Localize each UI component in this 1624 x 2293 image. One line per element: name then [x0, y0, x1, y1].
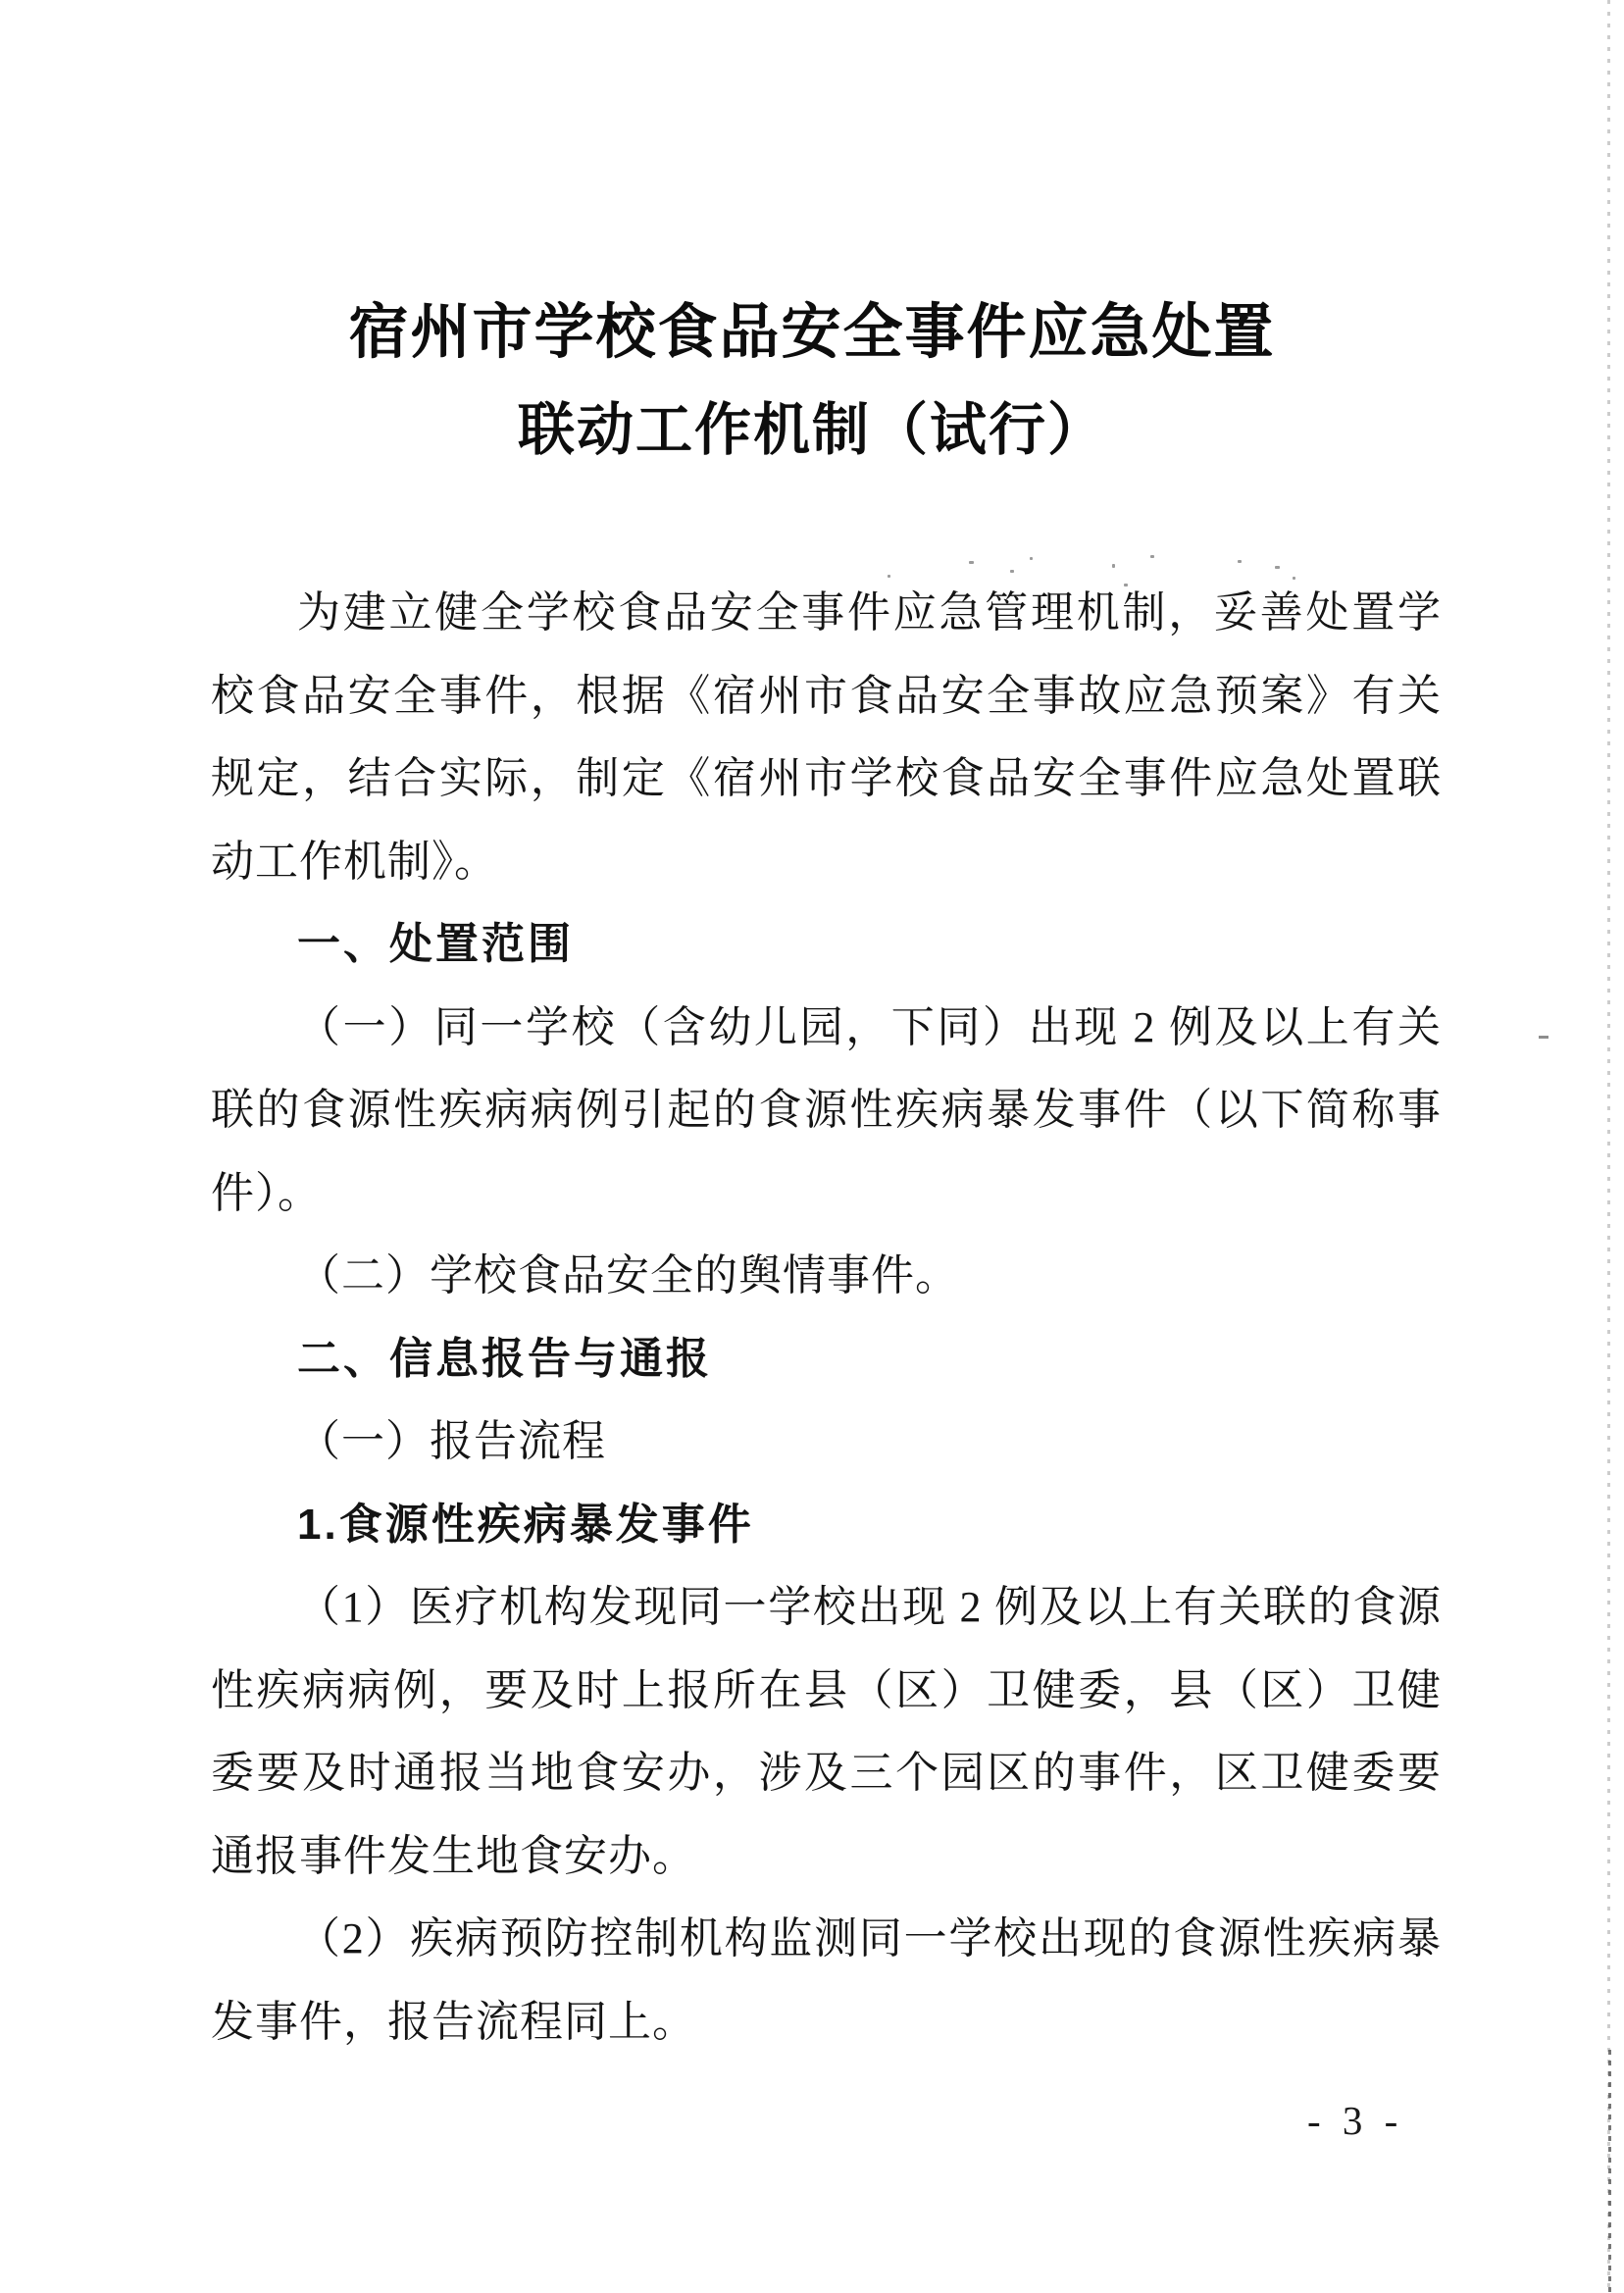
- scan-speck: [1124, 584, 1128, 586]
- scan-speck: [1275, 566, 1280, 569]
- scan-speck: [969, 561, 974, 564]
- scan-speck: [1010, 570, 1014, 573]
- paragraph-report-step-2: （2）疾病预防控制机构监测同一学校出现的食源性疾病暴发事件，报告流程同上。: [211, 1898, 1442, 2064]
- document-page: 宿州市学校食品安全事件应急处置 联动工作机制（试行） 为建立健全学校食品安全事件…: [0, 0, 1624, 2293]
- paragraph-scope-item-2: （二）学校食品安全的舆情事件。: [211, 1235, 1442, 1318]
- scan-speck: [1112, 564, 1115, 568]
- doc-body: 为建立健全学校食品安全事件应急管理机制，妥善处置学校食品安全事件，根据《宿州市食…: [211, 572, 1442, 2064]
- page-number: - 3 -: [1307, 2095, 1403, 2146]
- paragraph-intro: 为建立健全学校食品安全事件应急管理机制，妥善处置学校食品安全事件，根据《宿州市食…: [211, 572, 1442, 903]
- heading-foodborne-outbreak: 1.食源性疾病暴发事件: [211, 1484, 1442, 1567]
- scan-speck: [1293, 577, 1295, 580]
- scan-artifact-right-edge-bottom: [1608, 2050, 1611, 2293]
- heading-disposal-scope: 一、处置范围: [211, 903, 1442, 987]
- heading-info-reporting: 二、信息报告与通报: [211, 1318, 1442, 1401]
- scan-speck: [1238, 560, 1242, 563]
- heading-report-process: （一）报告流程: [211, 1401, 1442, 1484]
- doc-title-line-2: 联动工作机制（试行）: [0, 394, 1624, 465]
- scan-artifact-right-edge: [1607, 0, 1610, 2293]
- scan-speck: [1150, 555, 1154, 558]
- doc-title-line-1: 宿州市学校食品安全事件应急处置: [0, 297, 1624, 368]
- scan-speck: [1030, 557, 1033, 560]
- doc-title: 宿州市学校食品安全事件应急处置 联动工作机制（试行）: [0, 297, 1624, 465]
- paragraph-report-step-1: （1）医疗机构发现同一学校出现 2 例及以上有关联的食源性疾病病例，要及时上报所…: [211, 1566, 1442, 1898]
- scan-speck: [888, 575, 890, 578]
- scan-artifact-margin-dash: [1539, 1036, 1548, 1039]
- paragraph-scope-item-1: （一）同一学校（含幼儿园，下同）出现 2 例及以上有关联的食源性疾病病例引起的食…: [211, 987, 1442, 1236]
